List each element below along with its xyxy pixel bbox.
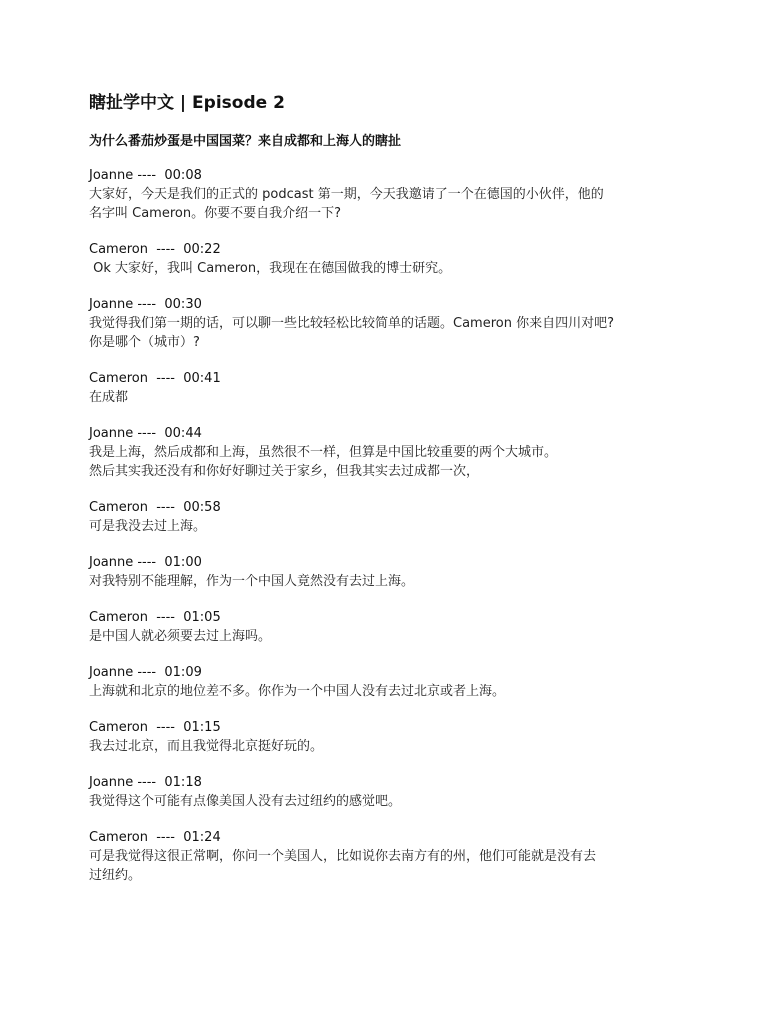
- utterance-text: 大家好，今天是我们的正式的 podcast 第一期，今天我邀请了一个在德国的小伙…: [89, 185, 689, 223]
- speaker-timestamp: Cameron ---- 00:22: [89, 241, 689, 259]
- utterance-text: Ok 大家好，我叫 Cameron，我现在在德国做我的博士研究。: [89, 259, 689, 278]
- speaker-timestamp: Joanne ---- 00:30: [89, 296, 689, 314]
- speaker-timestamp: Cameron ---- 01:24: [89, 829, 689, 847]
- transcript-entry: Joanne ---- 00:08 大家好，今天是我们的正式的 podcast …: [89, 167, 689, 223]
- utterance-text: 可是我没去过上海。: [89, 517, 689, 536]
- transcript-entry: Joanne ---- 01:09 上海就和北京的地位差不多。你作为一个中国人没…: [89, 664, 689, 701]
- document-subtitle: 为什么番茄炒蛋是中国国菜？来自成都和上海人的瞎扯: [89, 133, 689, 151]
- transcript: Joanne ---- 00:08 大家好，今天是我们的正式的 podcast …: [89, 167, 689, 885]
- document-title: 瞎扯学中文 | Episode 2: [89, 92, 689, 114]
- speaker-timestamp: Cameron ---- 00:58: [89, 499, 689, 517]
- transcript-entry: Cameron ---- 00:58 可是我没去过上海。: [89, 499, 689, 536]
- transcript-entry: Joanne ---- 00:30 我觉得我们第一期的话，可以聊一些比较轻松比较…: [89, 296, 689, 352]
- speaker-timestamp: Joanne ---- 01:09: [89, 664, 689, 682]
- transcript-entry: Cameron ---- 00:22 Ok 大家好，我叫 Cameron，我现在…: [89, 241, 689, 278]
- transcript-entry: Joanne ---- 01:00 对我特别不能理解，作为一个中国人竟然没有去过…: [89, 554, 689, 591]
- document-page: 瞎扯学中文 | Episode 2 为什么番茄炒蛋是中国国菜？来自成都和上海人的…: [89, 92, 689, 903]
- transcript-entry: Cameron ---- 01:05 是中国人就必须要去过上海吗。: [89, 609, 689, 646]
- transcript-entry: Joanne ---- 00:44 我是上海，然后成都和上海，虽然很不一样，但算…: [89, 425, 689, 481]
- utterance-text: 我是上海，然后成都和上海，虽然很不一样，但算是中国比较重要的两个大城市。 然后其…: [89, 443, 689, 481]
- speaker-timestamp: Cameron ---- 01:15: [89, 719, 689, 737]
- speaker-timestamp: Joanne ---- 01:00: [89, 554, 689, 572]
- utterance-text: 我去过北京，而且我觉得北京挺好玩的。: [89, 737, 689, 756]
- utterance-text: 在成都: [89, 388, 689, 407]
- speaker-timestamp: Joanne ---- 01:18: [89, 774, 689, 792]
- utterance-text: 我觉得我们第一期的话，可以聊一些比较轻松比较简单的话题。Cameron 你来自四…: [89, 314, 689, 352]
- speaker-timestamp: Cameron ---- 00:41: [89, 370, 689, 388]
- speaker-timestamp: Joanne ---- 00:44: [89, 425, 689, 443]
- utterance-text: 上海就和北京的地位差不多。你作为一个中国人没有去过北京或者上海。: [89, 682, 689, 701]
- transcript-entry: Cameron ---- 01:15 我去过北京，而且我觉得北京挺好玩的。: [89, 719, 689, 756]
- speaker-timestamp: Cameron ---- 01:05: [89, 609, 689, 627]
- utterance-text: 是中国人就必须要去过上海吗。: [89, 627, 689, 646]
- transcript-entry: Cameron ---- 01:24 可是我觉得这很正常啊，你问一个美国人，比如…: [89, 829, 689, 885]
- utterance-text: 对我特别不能理解，作为一个中国人竟然没有去过上海。: [89, 572, 689, 591]
- utterance-text: 我觉得这个可能有点像美国人没有去过纽约的感觉吧。: [89, 792, 689, 811]
- transcript-entry: Cameron ---- 00:41 在成都: [89, 370, 689, 407]
- speaker-timestamp: Joanne ---- 00:08: [89, 167, 689, 185]
- utterance-text: 可是我觉得这很正常啊，你问一个美国人，比如说你去南方有的州，他们可能就是没有去 …: [89, 847, 689, 885]
- transcript-entry: Joanne ---- 01:18 我觉得这个可能有点像美国人没有去过纽约的感觉…: [89, 774, 689, 811]
